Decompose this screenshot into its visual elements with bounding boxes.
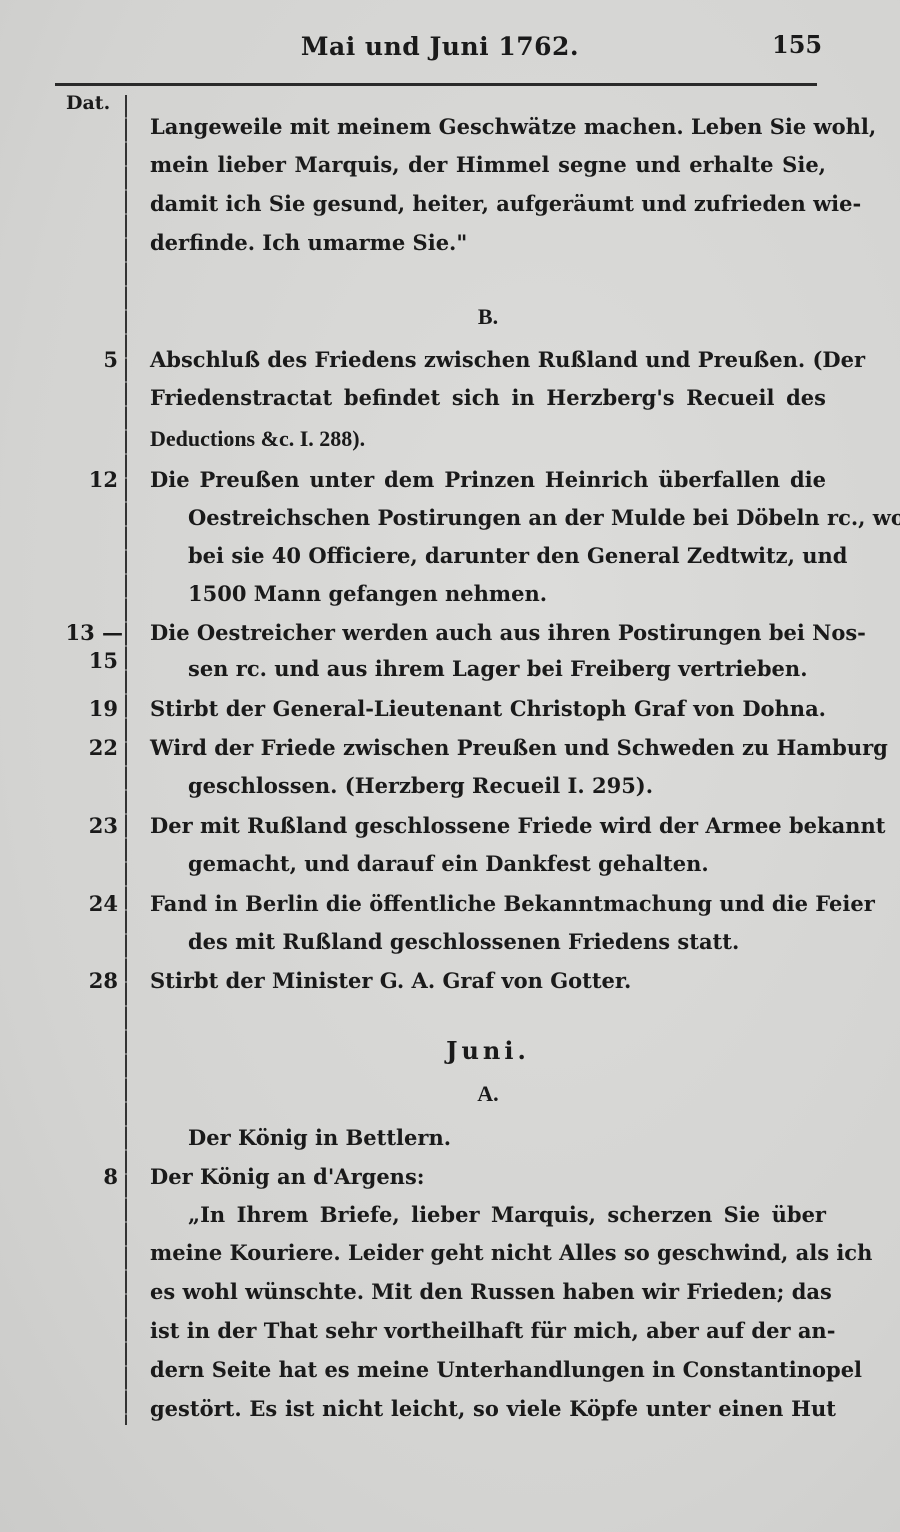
text-line: Der König an d'Argens: bbox=[150, 1162, 826, 1192]
text-line: Wird der Friede zwischen Preußen und Sch… bbox=[150, 733, 826, 763]
letter-line: gestört. Es ist nicht leicht, so viele K… bbox=[150, 1394, 836, 1424]
entry-date: 19 bbox=[58, 694, 118, 724]
text-line: Oestreichschen Postirungen an der Mulde … bbox=[188, 503, 826, 533]
text-line: geschlossen. (Herzberg Recueil I. 295). bbox=[188, 771, 826, 801]
letter-line: meine Kouriere. Leider geht nicht Alles … bbox=[150, 1238, 826, 1268]
entry-date: 13 — bbox=[48, 618, 123, 648]
text-line: des mit Rußland geschlossenen Friedens s… bbox=[188, 927, 826, 957]
letter-line: ist in der That sehr vortheilhaft für mi… bbox=[150, 1316, 826, 1346]
text-line: Die Oestreicher werden auch aus ihren Po… bbox=[150, 618, 826, 648]
entry-date: 8 bbox=[58, 1162, 118, 1192]
text-line: Abschluß des Friedens zwischen Rußland u… bbox=[150, 345, 826, 375]
running-title: Mai und Juni 1762. bbox=[300, 32, 580, 61]
text-line: 1500 Mann gefangen nehmen. bbox=[188, 579, 826, 609]
text-line: Deductions &c. I. 288). bbox=[150, 424, 826, 454]
text-line: derfinde. Ich umarme Sie." bbox=[150, 228, 826, 258]
entry-date: 22 bbox=[58, 733, 118, 763]
entry-date: 23 bbox=[58, 811, 118, 841]
text-line: Langeweile mit meinem Geschwätze machen.… bbox=[150, 112, 826, 142]
date-column-rule bbox=[125, 95, 127, 1425]
entry-date: 28 bbox=[58, 966, 118, 996]
section-heading-b: B. bbox=[150, 304, 826, 330]
text-line: Stirbt der General-Lieutenant Christoph … bbox=[150, 694, 826, 724]
location-line: Der König in Bettlern. bbox=[188, 1123, 826, 1153]
header-rule bbox=[55, 83, 817, 86]
entry-date: 12 bbox=[58, 465, 118, 495]
entry-date-end: 15 bbox=[58, 646, 118, 676]
letter-line: dern Seite hat es meine Unterhandlungen … bbox=[150, 1355, 826, 1385]
entry-date: 24 bbox=[58, 889, 118, 919]
month-heading-juni: Juni. bbox=[150, 1036, 826, 1065]
text-line: Der mit Rußland geschlossene Friede wird… bbox=[150, 811, 826, 841]
text-line: Friedenstractat befindet sich in Herzber… bbox=[150, 383, 826, 413]
text-line: Die Preußen unter dem Prinzen Heinrich ü… bbox=[150, 465, 826, 495]
page-number: 155 bbox=[772, 30, 822, 59]
text-line: gemacht, und darauf ein Dankfest gehalte… bbox=[188, 849, 826, 879]
book-page: Mai und Juni 1762. 155 Dat. Langeweile m… bbox=[0, 0, 900, 1532]
section-heading-a: A. bbox=[150, 1081, 826, 1107]
text-line: Fand in Berlin die öffentliche Bekanntma… bbox=[150, 889, 826, 919]
text-line: bei sie 40 Officiere, darunter den Gener… bbox=[188, 541, 826, 571]
letter-line: „In Ihrem Briefe, lieber Marquis, scherz… bbox=[188, 1200, 826, 1230]
letter-line: es wohl wünschte. Mit den Russen haben w… bbox=[150, 1277, 826, 1307]
text-line: damit ich Sie gesund, heiter, aufgeräumt… bbox=[150, 189, 826, 219]
text-line: Stirbt der Minister G. A. Graf von Gotte… bbox=[150, 966, 826, 996]
text-line: mein lieber Marquis, der Himmel segne un… bbox=[150, 150, 826, 180]
text-line: sen rc. und aus ihrem Lager bei Freiberg… bbox=[188, 654, 826, 684]
entry-date: 5 bbox=[58, 345, 118, 375]
running-head: Mai und Juni 1762. 155 bbox=[0, 28, 900, 68]
date-column-label: Dat. bbox=[66, 92, 110, 114]
